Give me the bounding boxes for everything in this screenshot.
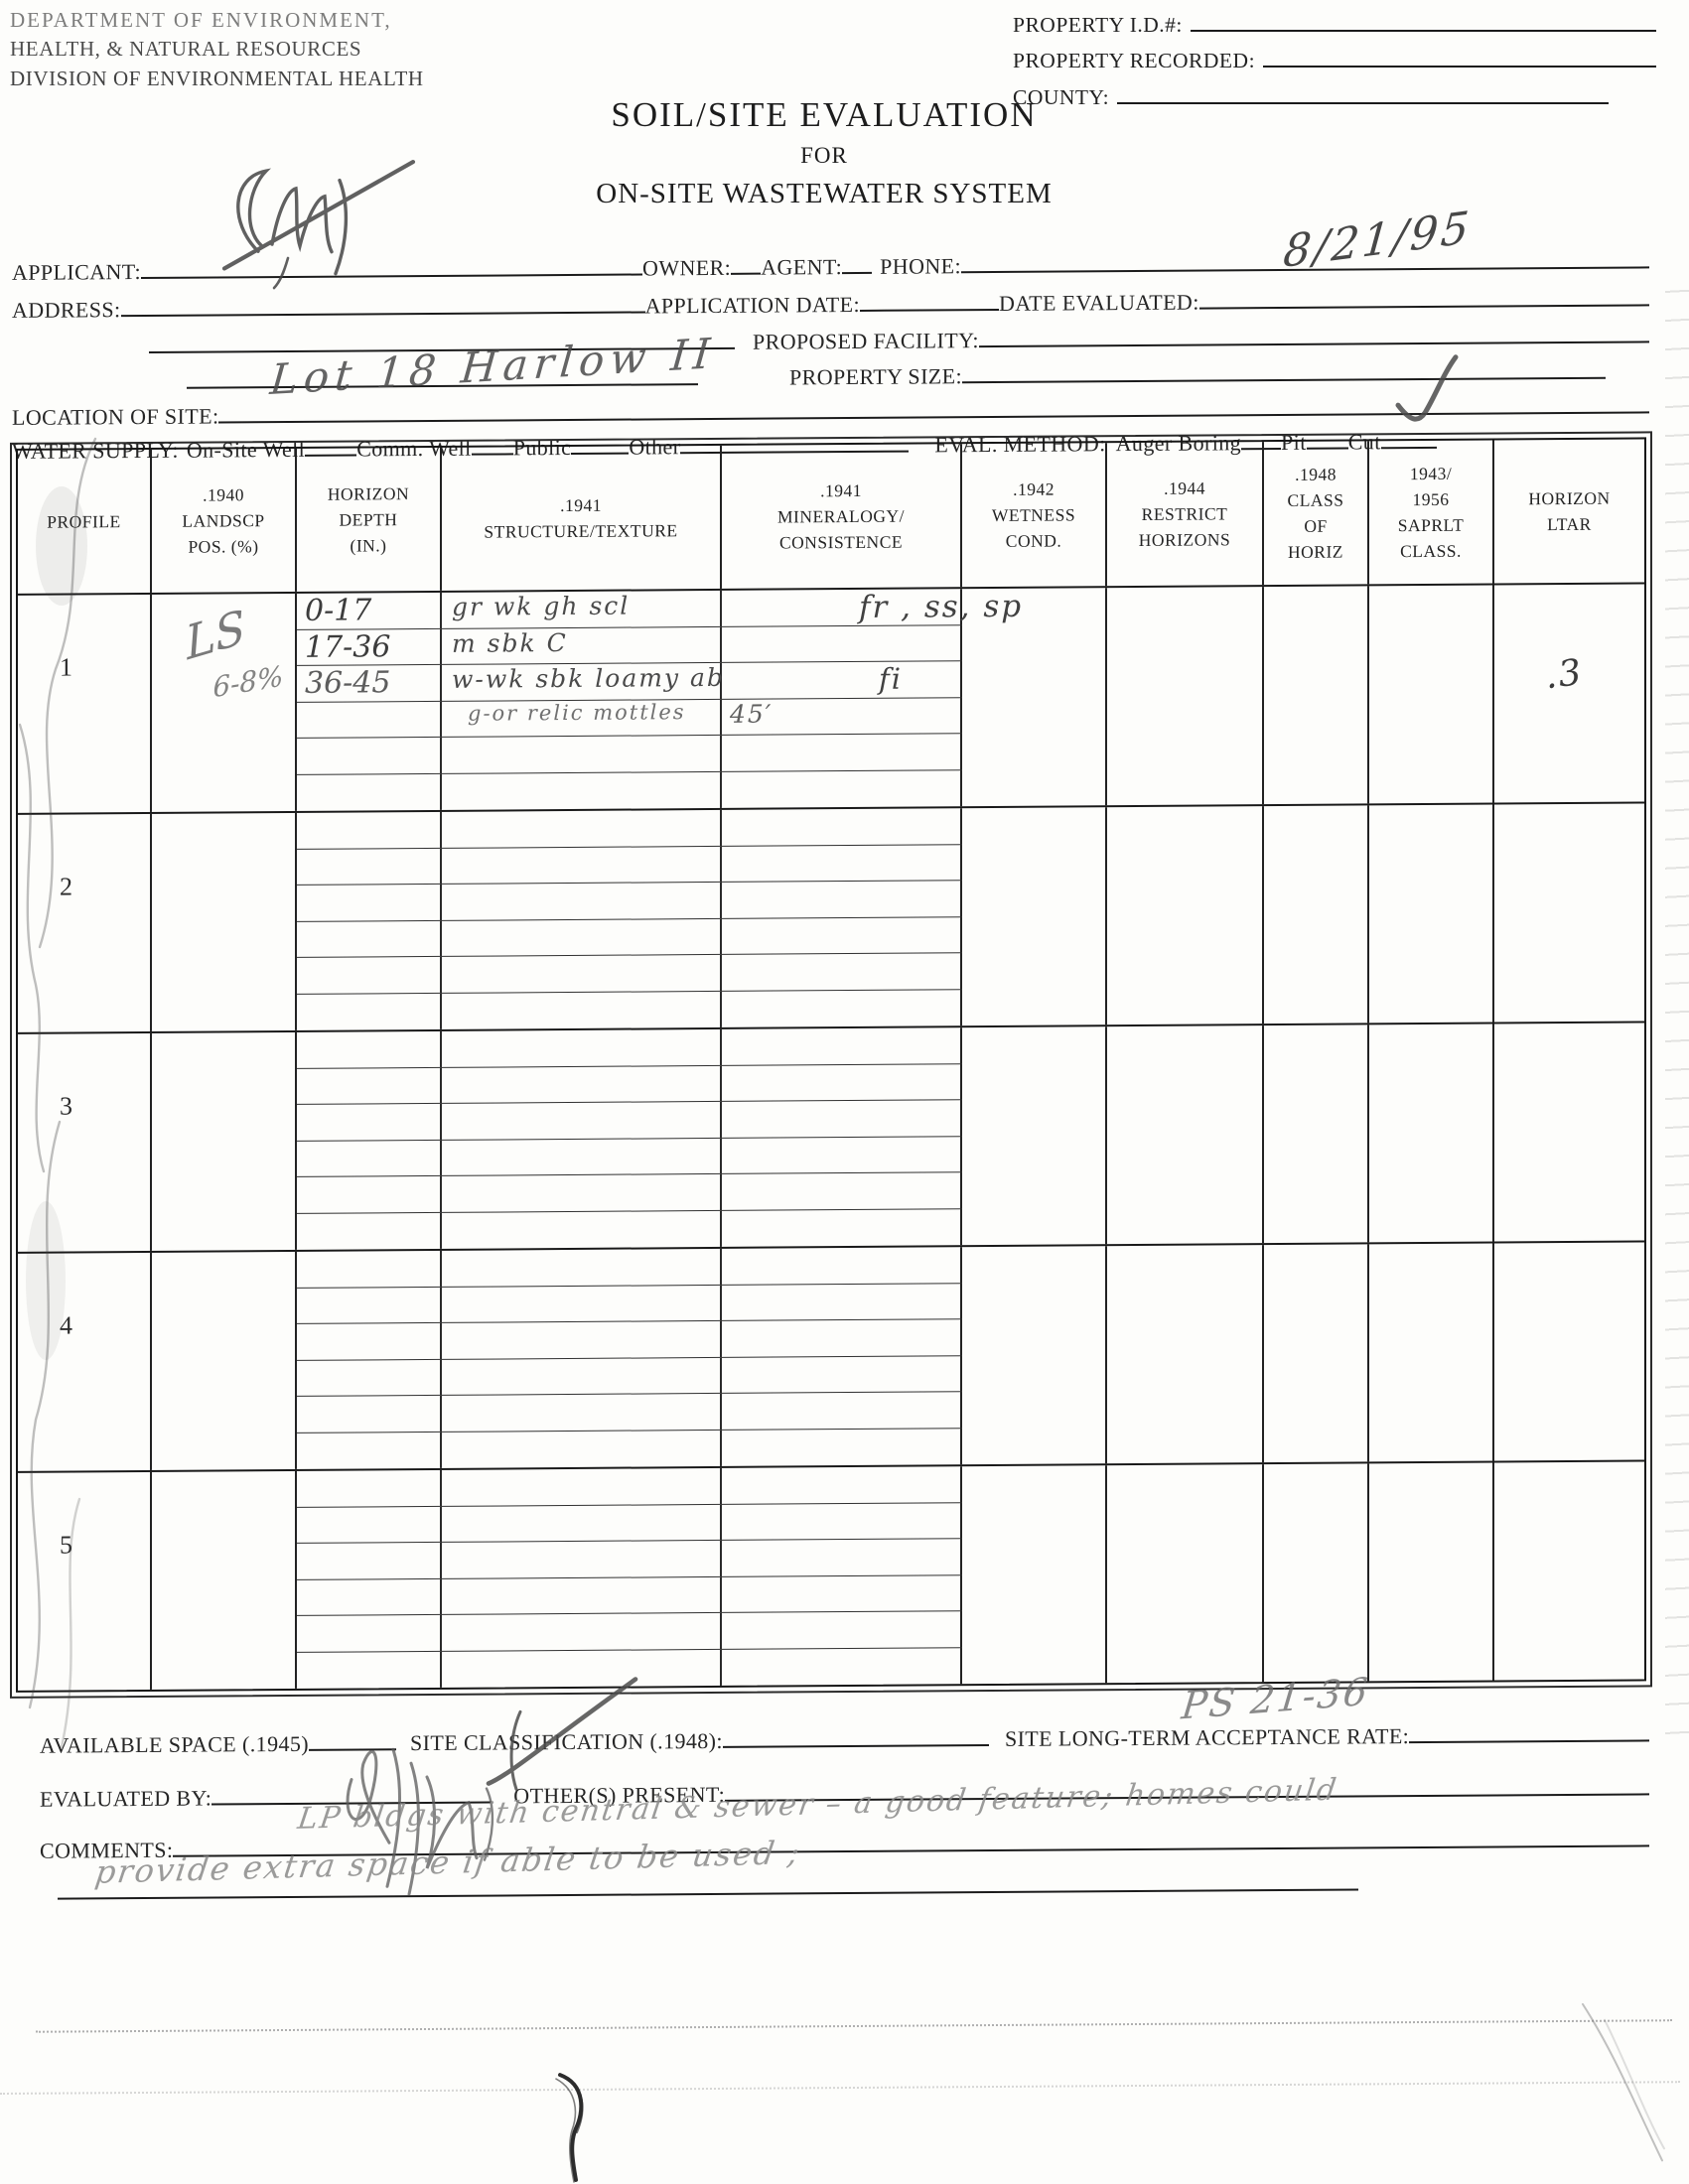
mineralogy-cell-r0 <box>722 1466 962 1504</box>
column-header-6: .1944RESTRICTHORIZONS <box>1107 442 1264 586</box>
evaluated-by-label: EVALUATED BY: <box>40 1786 211 1813</box>
landscape-position-cell <box>152 1471 297 1690</box>
structure-cell-r3: g-or relic mottles <box>442 699 722 737</box>
table-header-row: PROFILE.1940LANDSCPPOS. (%)HORIZONDEPTH(… <box>18 439 1644 595</box>
depth-cell-r1: 17-36 <box>297 628 442 666</box>
landscape-position-cell <box>152 813 297 1031</box>
mineralogy-cell-r2 <box>722 1539 962 1576</box>
depth-cell-r2 <box>297 885 442 922</box>
mineralogy-value-handwritten: fr , ss, sp <box>859 589 1023 625</box>
mineralogy-cell-r0: fr , ss, sp <box>722 589 962 626</box>
mineralogy-cell-r4 <box>722 1611 962 1649</box>
scanned-soil-site-evaluation-form: DEPARTMENT OF ENVIRONMENT, HEALTH, & NAT… <box>0 0 1689 2184</box>
mineralogy-cell-r5 <box>722 1209 962 1247</box>
depth-cell-r0 <box>297 812 442 850</box>
property-size-row: PROPERTY SIZE: <box>12 355 1606 396</box>
restrict-horizons-cell <box>1107 587 1264 805</box>
depth-cell-r5 <box>297 773 442 811</box>
horizon-subgrid <box>297 1247 962 1469</box>
scan-artifact-dotted-line-2 <box>0 2081 1680 2095</box>
structure-value-handwritten: gr wk gh scl <box>452 592 630 621</box>
saprolite-class-cell <box>1369 585 1494 803</box>
application-date-blank <box>860 287 999 312</box>
structure-cell-r5 <box>442 771 722 809</box>
mineralogy-cell-r0 <box>722 1247 962 1285</box>
table-body: 10-17gr wk gh sclfr , ss, sp17-36m sbk C… <box>18 584 1644 1690</box>
landscape-position-cell <box>152 1252 297 1470</box>
mineralogy-cell-r4 <box>722 1172 962 1210</box>
mineralogy-cell-r0 <box>722 1027 962 1065</box>
column-header-2: HORIZONDEPTH(IN.) <box>297 448 442 592</box>
depth-cell-r4 <box>297 1396 442 1433</box>
structure-cell-r1 <box>442 846 722 884</box>
depth-cell-r4 <box>297 1615 442 1653</box>
mineralogy-cell-r5 <box>722 990 962 1027</box>
mineralogy-cell-r3 <box>722 1137 962 1174</box>
structure-cell-r3 <box>442 1357 722 1395</box>
mineralogy-cell-r1 <box>722 625 962 663</box>
restrict-horizons-cell <box>1107 1025 1264 1244</box>
applicant-label: APPLICANT: <box>12 259 141 286</box>
column-header-1: .1940LANDSCPPOS. (%) <box>152 449 297 593</box>
structure-cell-r2 <box>442 883 722 920</box>
structure-cell-r5 <box>442 991 722 1028</box>
structure-value-handwritten: m sbk C <box>452 628 568 658</box>
structure-cell-r1 <box>442 1065 722 1103</box>
depth-cell-r3 <box>297 1140 442 1177</box>
restrict-horizons-cell <box>1107 1245 1264 1463</box>
wetness-cell <box>962 1246 1107 1464</box>
profile-block-3: 3 <box>18 1023 1644 1253</box>
depth-cell-r2 <box>297 1323 442 1361</box>
depth-cell-r4 <box>297 957 442 995</box>
horizon-subgrid <box>297 808 962 1030</box>
structure-cell-r2: w-wk sbk loamy ab <box>442 663 722 701</box>
application-date-label: APPLICATION DATE: <box>645 292 860 320</box>
profile-block-1: 10-17gr wk gh sclfr , ss, sp17-36m sbk C… <box>18 584 1644 814</box>
mineralogy-cell-r1 <box>722 1503 962 1541</box>
structure-cell-r4 <box>442 1613 722 1651</box>
saprolite-class-cell <box>1369 1243 1494 1461</box>
column-header-3: .1941STRUCTURE/TEXTURE <box>442 446 722 591</box>
structure-cell-r0 <box>442 1029 722 1067</box>
depth-cell-r5 <box>297 1651 442 1689</box>
depth-value-handwritten: 17-36 <box>305 629 390 665</box>
depth-cell-r5 <box>297 1432 442 1469</box>
structure-cell-r5 <box>442 1210 722 1248</box>
depth-cell-r3 <box>297 1359 442 1397</box>
structure-cell-r1 <box>442 1285 722 1322</box>
depth-value-handwritten: 0-17 <box>305 593 371 627</box>
mineralogy-cell-r2 <box>722 1100 962 1138</box>
horizon-subgrid: 0-17gr wk gh sclfr , ss, sp17-36m sbk C3… <box>297 589 962 811</box>
profile-block-4: 4 <box>18 1242 1644 1472</box>
class-of-horizon-cell <box>1264 1024 1369 1243</box>
class-of-horizon-cell <box>1264 1244 1369 1462</box>
structure-cell-r2 <box>442 1102 722 1140</box>
mineralogy-value-handwritten: 45′ <box>730 699 774 728</box>
applicant-signature-monogram <box>189 146 427 297</box>
structure-cell-r4 <box>442 736 722 773</box>
structure-cell-r4 <box>442 955 722 993</box>
horizon-ltar-cell <box>1494 803 1644 1022</box>
auger-boring-checkmark <box>1388 353 1468 438</box>
mineralogy-value-handwritten: fi <box>879 662 903 696</box>
structure-value-handwritten: w-wk sbk loamy ab <box>452 663 725 694</box>
mineralogy-cell-r5 <box>722 1429 962 1466</box>
column-header-8: 1943/1956SAPRLTCLASS. <box>1369 440 1494 584</box>
structure-cell-r3 <box>442 918 722 956</box>
structure-cell-r1: m sbk C <box>442 626 722 664</box>
structure-cell-r4 <box>442 1174 722 1212</box>
depth-cell-r5 <box>297 1212 442 1250</box>
structure-cell-r0 <box>442 1249 722 1287</box>
agent-label: AGENT: <box>761 254 842 281</box>
mineralogy-cell-r1 <box>722 845 962 883</box>
horizon-ltar-cell <box>1494 1242 1644 1460</box>
wetness-cell <box>962 1465 1107 1684</box>
horizon-subgrid <box>297 1466 962 1689</box>
structure-cell-r3 <box>442 1576 722 1614</box>
mineralogy-cell-r2: fi <box>722 661 962 699</box>
horizon-ltar-cell <box>1494 1461 1644 1680</box>
structure-cell-r0: gr wk gh scl <box>442 591 722 628</box>
depth-cell-r3 <box>297 920 442 958</box>
site-ltar-blank <box>1409 1717 1649 1743</box>
site-classification-blank <box>723 1722 989 1748</box>
mineralogy-cell-r5 <box>722 1648 962 1686</box>
proposed-facility-label: PROPOSED FACILITY: <box>753 328 979 355</box>
address-label: ADDRESS: <box>12 297 121 324</box>
property-size-blank <box>962 355 1606 384</box>
restrict-horizons-cell <box>1107 1464 1264 1683</box>
saprolite-class-cell <box>1369 1462 1494 1681</box>
scan-streak-bottom-right <box>1565 1993 1684 2173</box>
site-ltar-label: SITE LONG-TERM ACCEPTANCE RATE: <box>1005 1723 1409 1752</box>
structure-cell-r2 <box>442 1321 722 1359</box>
depth-cell-r0 <box>297 1251 442 1289</box>
column-header-5: .1942WETNESSCOND. <box>962 443 1107 587</box>
depth-cell-r0 <box>297 1470 442 1508</box>
column-header-7: .1948CLASSOFHORIZ <box>1264 441 1369 585</box>
phone-label: PHONE: <box>880 253 961 280</box>
depth-cell-r4 <box>297 738 442 775</box>
structure-cell-r0 <box>442 1468 722 1506</box>
depth-cell-r3 <box>297 1578 442 1616</box>
depth-cell-r3 <box>297 701 442 739</box>
soil-profile-table: PROFILE.1940LANDSCPPOS. (%)HORIZONDEPTH(… <box>16 437 1646 1692</box>
agent-blank <box>842 250 872 274</box>
proposed-facility-blank <box>979 319 1649 347</box>
mineralogy-cell-r3: 45′ <box>722 698 962 736</box>
saprolite-class-cell <box>1369 1024 1494 1242</box>
structure-cell-r3 <box>442 1138 722 1175</box>
mineralogy-cell-r0 <box>722 808 962 846</box>
restrict-horizons-cell <box>1107 806 1264 1024</box>
pen-mark-artifact <box>534 2069 624 2184</box>
scan-speckle-right-edge <box>1665 278 1689 1747</box>
depth-cell-r1 <box>297 1287 442 1324</box>
class-of-horizon-cell <box>1264 805 1369 1024</box>
class-of-horizon-cell <box>1264 1463 1369 1682</box>
date-evaluated-label: DATE EVALUATED: <box>999 290 1199 317</box>
profile-block-2: 2 <box>18 803 1644 1033</box>
mineralogy-cell-r3 <box>722 1575 962 1613</box>
date-evaluated-blank <box>1199 282 1649 309</box>
depth-cell-r1 <box>297 1067 442 1105</box>
saprolite-class-cell <box>1369 804 1494 1023</box>
mineralogy-cell-r5 <box>722 770 962 808</box>
mineralogy-cell-r1 <box>722 1064 962 1102</box>
depth-cell-r2: 36-45 <box>297 665 442 703</box>
site-summary-row: AVAILABLE SPACE (.1945) SITE CLASSIFICAT… <box>40 1717 1649 1758</box>
depth-cell-r0 <box>297 1031 442 1069</box>
horizon-subgrid <box>297 1027 962 1250</box>
mineralogy-cell-r2 <box>722 1319 962 1357</box>
structure-cell-r1 <box>442 1504 722 1542</box>
wetness-cell <box>962 1026 1107 1245</box>
owner-label: OWNER: <box>642 255 731 282</box>
depth-value-handwritten: 36-45 <box>305 665 390 701</box>
column-header-9: HORIZONLTAR <box>1494 439 1644 583</box>
column-header-4: .1941MINERALOGY/CONSISTENCE <box>722 444 962 589</box>
mineralogy-cell-r3 <box>722 1356 962 1394</box>
depth-cell-r2 <box>297 1104 442 1142</box>
mineralogy-cell-r1 <box>722 1284 962 1321</box>
structure-cell-r5 <box>442 1430 722 1467</box>
depth-cell-r4 <box>297 1176 442 1214</box>
owner-blank <box>731 251 761 275</box>
depth-cell-r1 <box>297 848 442 886</box>
horizon-ltar-handwritten: .3 <box>1543 652 1586 698</box>
mineralogy-cell-r2 <box>722 881 962 918</box>
class-of-horizon-cell <box>1264 586 1369 804</box>
landscape-position-cell <box>152 1032 297 1251</box>
mineralogy-cell-r4 <box>722 953 962 991</box>
depth-cell-r2 <box>297 1543 442 1580</box>
scan-crinkle-left-edge <box>0 427 139 1777</box>
mineralogy-cell-r4 <box>722 1392 962 1430</box>
scan-artifact-dotted-line-1 <box>36 2019 1672 2033</box>
depth-cell-r0: 0-17 <box>297 593 442 630</box>
structure-cell-r4 <box>442 1394 722 1432</box>
profile-block-5: 5 <box>18 1461 1644 1690</box>
structure-cell-r0 <box>442 810 722 848</box>
depth-cell-r5 <box>297 993 442 1030</box>
horizon-ltar-cell <box>1494 1023 1644 1241</box>
structure-cell-r2 <box>442 1541 722 1578</box>
depth-cell-r1 <box>297 1506 442 1544</box>
mineralogy-cell-r3 <box>722 917 962 955</box>
wetness-cell <box>962 807 1107 1025</box>
structure-value-handwritten: g-or relic mottles <box>468 700 686 726</box>
mineralogy-cell-r4 <box>722 734 962 771</box>
property-size-label: PROPERTY SIZE: <box>789 363 962 390</box>
